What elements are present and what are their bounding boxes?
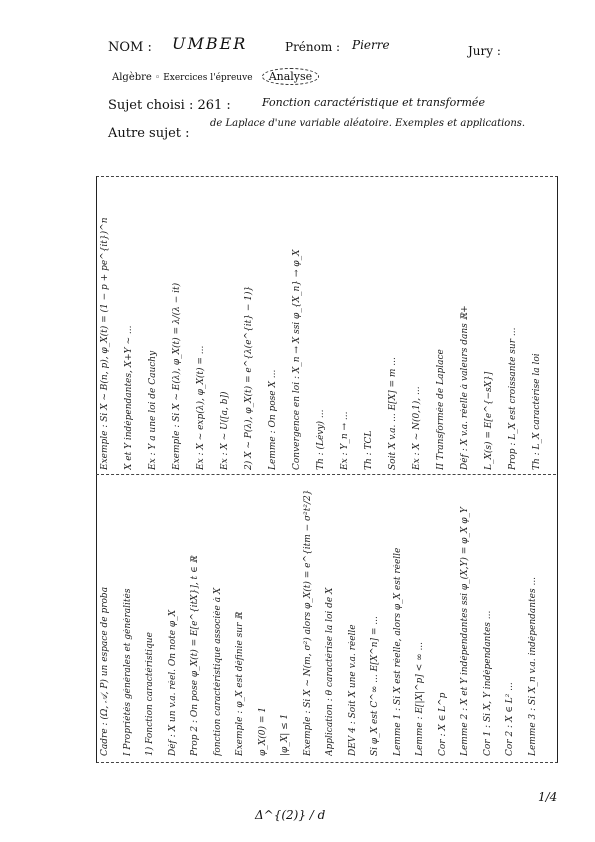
prenom-label: Prénom : — [285, 40, 340, 54]
autre-label: Autre sujet : — [108, 126, 190, 141]
footer-formula: Δ^{(2)} / d — [255, 808, 325, 822]
jury-label: Jury : — [468, 44, 501, 58]
rotated-text-line: Lemme 3 : Si X_n v.a. indépendantes ... — [528, 456, 558, 756]
sujet-label: Sujet choisi : 261 : — [108, 98, 231, 113]
sujet-value: Fonction caractéristique et transformée — [262, 96, 485, 109]
prenom-value: Pierre — [352, 38, 390, 52]
autre-value: de Laplace d'une variable aléatoire. Exe… — [210, 118, 525, 129]
epreuve-row: Algèbre ◦ Exercices l'épreuve Analyse — [112, 70, 319, 83]
nom-value: UMBER — [172, 34, 247, 53]
epreuve-selected-analyse: Analyse — [262, 68, 319, 85]
epreuve-other: ◦ Exercices l'épreuve — [155, 73, 252, 83]
rotated-text-line: Th : L_X caractérise la loi — [532, 170, 562, 470]
epreuve-algebre: Algèbre — [112, 72, 152, 83]
nom-label: NOM : — [108, 40, 152, 55]
page-number: 1/4 — [538, 790, 557, 804]
